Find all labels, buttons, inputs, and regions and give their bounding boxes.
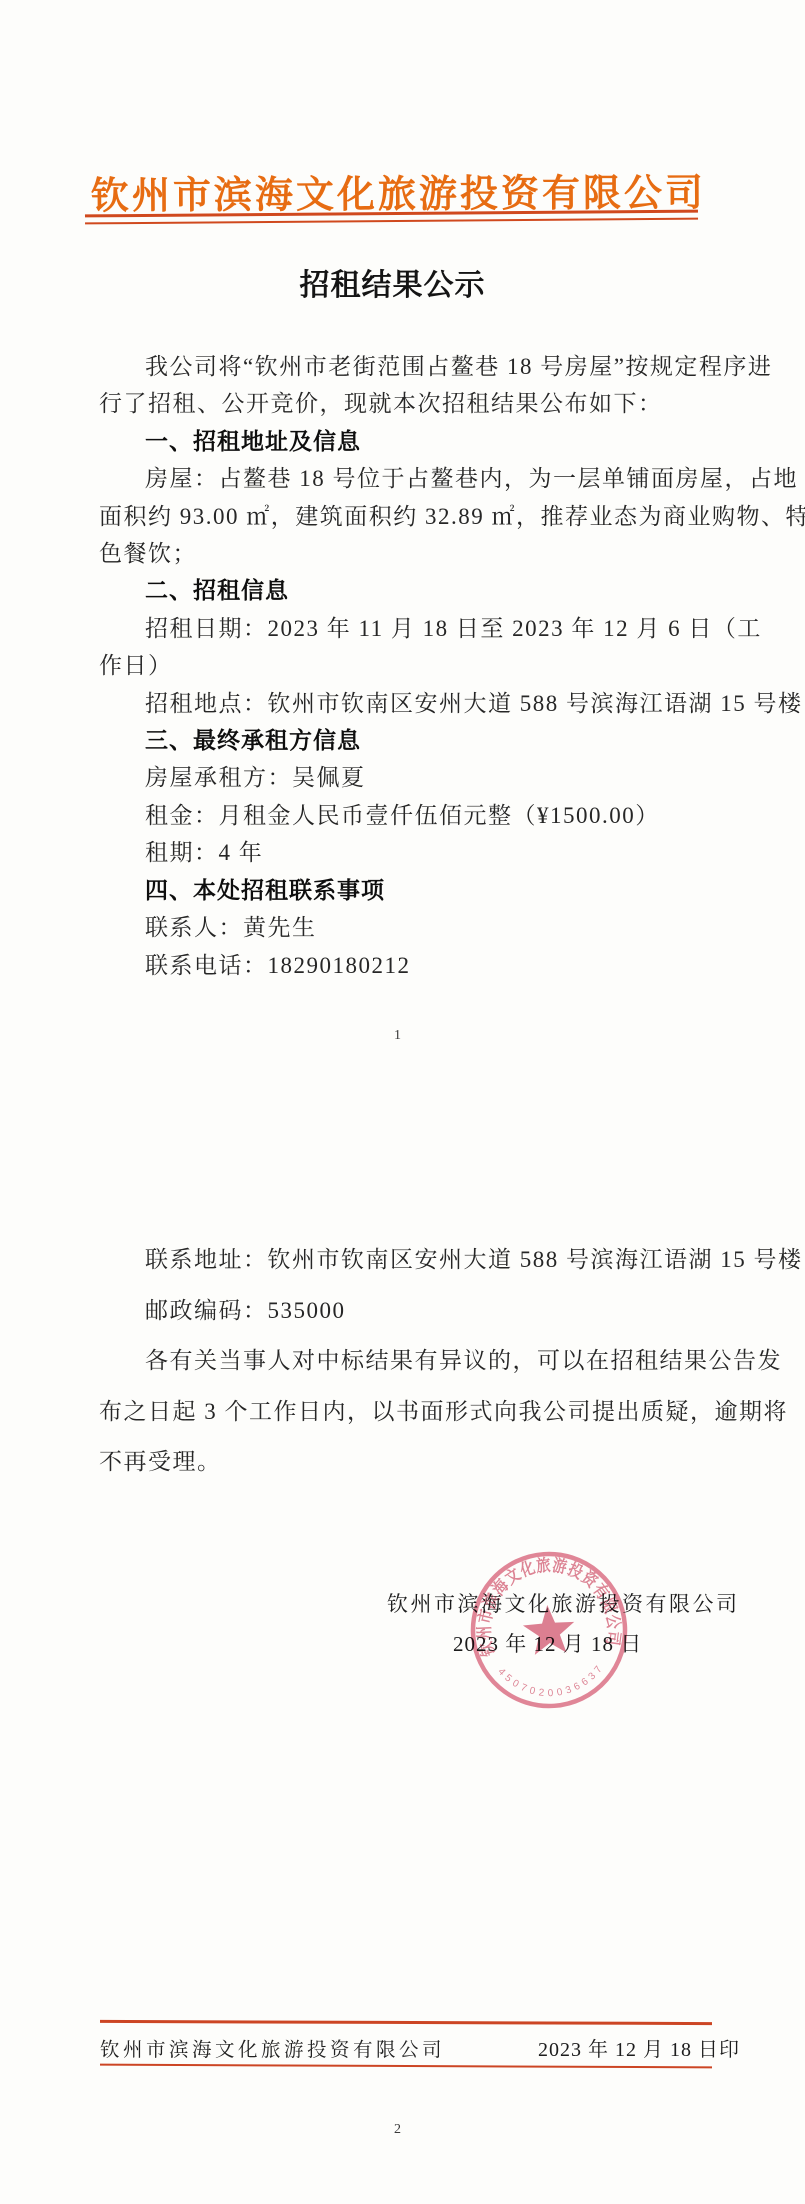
page-number-1: 1 bbox=[0, 1028, 795, 1044]
body-line: 作日） bbox=[99, 647, 717, 684]
body-line: 招租日期：2023 年 11 月 18 日至 2023 年 12 月 6 日（工 bbox=[99, 610, 717, 647]
body-line: 面积约 93.00 ㎡，建筑面积约 32.89 ㎡，推荐业态为商业购物、特 bbox=[99, 498, 717, 535]
body-line: 租金：月租金人民币壹仟伍佰元整（¥1500.00） bbox=[99, 797, 717, 834]
body-line: 布之日起 3 个工作日内，以书面形式向我公司提出质疑，逾期将 bbox=[99, 1387, 717, 1438]
body-line: 房屋承租方：吴佩夏 bbox=[99, 759, 717, 796]
body-line: 房屋：占鳌巷 18 号位于占鳌巷内，为一层单铺面房屋，占地 bbox=[99, 460, 717, 497]
official-seal-stamp: 钦州市滨海文化旅游投资有限公司 4507020036637 bbox=[463, 1544, 636, 1717]
body-line: 招租地点：钦州市钦南区安州大道 588 号滨海江语湖 15 号楼 bbox=[99, 685, 717, 722]
section-heading: 四、本处招租联系事项 bbox=[99, 872, 717, 909]
page2-body: 联系地址：钦州市钦南区安州大道 588 号滨海江语湖 15 号楼 邮政编码：53… bbox=[99, 1235, 717, 1488]
page1-body: 我公司将“钦州市老街范围占鳌巷 18 号房屋”按规定程序进 行了招租、公开竞价，… bbox=[99, 348, 717, 984]
section-heading: 三、最终承租方信息 bbox=[99, 722, 717, 759]
body-line: 邮政编码：535000 bbox=[99, 1286, 717, 1337]
body-line: 行了招租、公开竞价，现就本次招租结果公布如下： bbox=[99, 385, 717, 422]
seal-graphic: 钦州市滨海文化旅游投资有限公司 4507020036637 bbox=[463, 1544, 636, 1717]
footer-company: 钦州市滨海文化旅游投资有限公司 bbox=[100, 2034, 445, 2062]
footer-rule-bottom bbox=[100, 2064, 712, 2069]
section-heading: 一、招租地址及信息 bbox=[99, 423, 717, 460]
section-heading: 二、招租信息 bbox=[99, 572, 717, 609]
page-number-2: 2 bbox=[0, 2122, 795, 2138]
footer-row: 钦州市滨海文化旅游投资有限公司 2023 年 12 月 18 日印 bbox=[100, 2033, 740, 2062]
footer-rule-top bbox=[100, 2020, 712, 2025]
seal-star-icon bbox=[522, 1603, 577, 1655]
footer-print-date: 2023 年 12 月 18 日印 bbox=[538, 2033, 740, 2062]
body-line: 联系电话：18290180212 bbox=[99, 947, 717, 984]
body-line: 联系人：黄先生 bbox=[99, 909, 717, 946]
body-line: 色餐饮； bbox=[99, 535, 717, 572]
body-line: 租期：4 年 bbox=[99, 834, 717, 871]
body-line: 各有关当事人对中标结果有异议的，可以在招租结果公告发 bbox=[99, 1336, 717, 1387]
body-line: 我公司将“钦州市老街范围占鳌巷 18 号房屋”按规定程序进 bbox=[99, 348, 717, 385]
body-line: 联系地址：钦州市钦南区安州大道 588 号滨海江语湖 15 号楼 bbox=[99, 1235, 717, 1286]
document-page: 钦州市滨海文化旅游投资有限公司 招租结果公示 我公司将“钦州市老街范围占鳌巷 1… bbox=[0, 0, 805, 2204]
body-line: 不再受理。 bbox=[99, 1437, 717, 1488]
document-title: 招租结果公示 bbox=[0, 268, 785, 304]
